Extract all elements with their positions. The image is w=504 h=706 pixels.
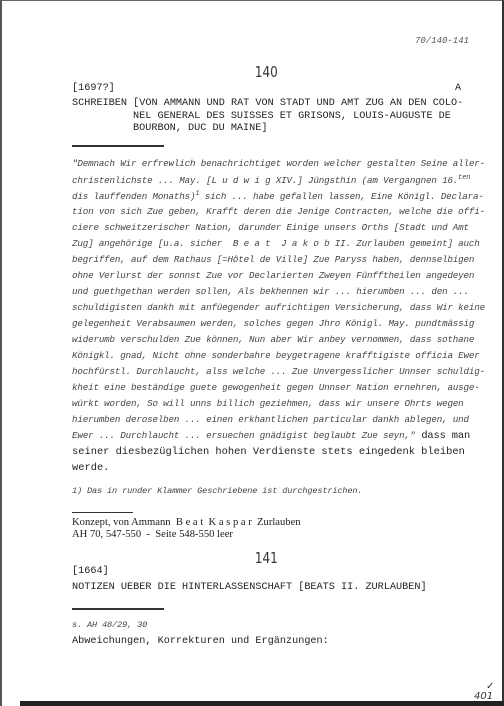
- archive-ref: s. AH 48/29, 30: [72, 620, 147, 630]
- quote-line: "Demnach Wir erfrewlich benachrichtiget …: [72, 158, 485, 169]
- entry-date: [1697?]: [72, 83, 115, 94]
- body-line: werde.: [72, 462, 109, 474]
- quote-line: würkt worden, So will unns billich gezie…: [72, 398, 464, 409]
- section-divider: [72, 608, 164, 610]
- entry-number-141: 141: [255, 549, 278, 567]
- quote-text: sich ... habe gefallen lassen, Eine Köni…: [199, 191, 483, 202]
- page-edge: [20, 701, 504, 706]
- quote-line: kheit eine beständige guete gewogenheit …: [72, 382, 480, 393]
- quote-line: ciere schweitzerischer Nation, darunder …: [72, 222, 469, 233]
- quote-text: christenlichste ... May. [L u d w i g XI…: [72, 175, 458, 186]
- quote-line: Ewer ... Durchlaucht ... ersuechen gnädi…: [72, 430, 470, 442]
- quote-line: dis lauffenden Monaths)1 sich ... habe g…: [72, 190, 484, 202]
- quote-line: tion von sich Zue geben, Krafft deren di…: [72, 206, 485, 217]
- entry-title-line-3: BOURBON, DUC DU MAINE]: [133, 123, 268, 134]
- entry-title: NOTIZEN UEBER DIE HINTERLASSENSCHAFT [BE…: [72, 582, 427, 593]
- entry-title-line-1: SCHREIBEN [VON AMMANN UND RAT VON STADT …: [72, 98, 463, 109]
- quote-text: Ewer ... Durchlaucht ... ersuechen gnädi…: [72, 430, 415, 441]
- archive-reference: 70/140-141: [415, 36, 469, 46]
- body-line: seiner diesbezüglichen hohen Verdienste …: [72, 446, 465, 458]
- quote-line: begriffen, auf dem Rathaus [=Hôtel de Vi…: [72, 254, 474, 265]
- source-divider: [72, 512, 133, 513]
- corrections-label: Abweichungen, Korrekturen und Ergänzunge…: [72, 636, 329, 647]
- quote-line: gelegenheit Verabsaumen werden, solches …: [72, 318, 474, 329]
- footnote: 1) Das in runder Klammer Geschriebene is…: [72, 486, 362, 496]
- entry-title-line-2: NEL GENERAL DES SUISSES ET GRISONS, LOUI…: [133, 111, 451, 122]
- quote-line: und guethgethan werden sollen, Als bekhe…: [72, 286, 469, 297]
- quote-line: Königkl. gnad, Nicht ohne sonderbahre be…: [72, 350, 480, 361]
- document-page: 70/140-141 140 [1697?] A SCHREIBEN [VON …: [0, 0, 504, 706]
- source-line: Konzept, von Ammann B e a t K a s p a r …: [72, 517, 301, 528]
- body-text: dass man: [415, 430, 470, 442]
- quote-text: dis lauffenden Monaths): [72, 191, 195, 202]
- quote-line: Zug] angehörige [u.a. sicher B e a t J a…: [72, 238, 480, 249]
- quote-line: christenlichste ... May. [L u d w i g XI…: [72, 174, 470, 186]
- quote-line: ohne Verlurst der sonnst Zue vor Declari…: [72, 270, 474, 281]
- quote-line: hierumben deroselben ... einen erkhantli…: [72, 414, 469, 425]
- quote-line: widerumb verschulden Zue können, Nun abe…: [72, 334, 474, 345]
- quote-line: hochfürstl. Durchlaucht, alss welche ...…: [72, 366, 485, 377]
- quote-line: schuldigisten dankh mit anfüegender aufr…: [72, 302, 485, 313]
- entry-date: [1664]: [72, 566, 109, 577]
- source-line: AH 70, 547-550 - Seite 548-550 leer: [72, 529, 233, 540]
- section-divider: [72, 145, 164, 147]
- entry-marker: A: [455, 83, 461, 94]
- entry-number-140: 140: [255, 63, 278, 81]
- superscript: ten: [458, 174, 470, 182]
